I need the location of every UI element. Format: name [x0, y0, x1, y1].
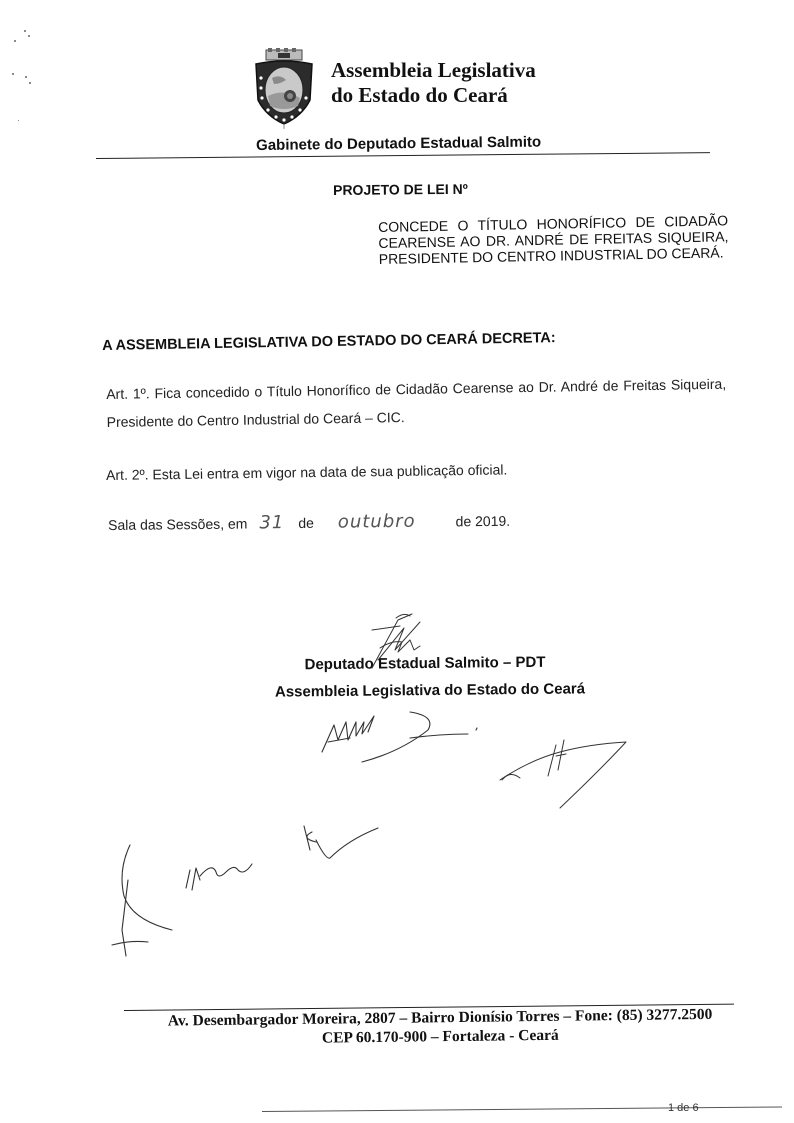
bill-title: PROJETO DE LEI Nº [333, 181, 468, 198]
signature-4 [112, 826, 378, 956]
session-date-line: Sala das Sessões, em31deoutubrode 2019. [108, 510, 510, 535]
scan-speck [18, 120, 19, 121]
institution-name-line2: do Estado do Ceará [331, 83, 536, 108]
signature-2 [322, 712, 477, 762]
scan-speck [29, 82, 31, 84]
header-divider [96, 152, 710, 159]
article-1: Art. 1º. Fica concedido o Título Honoríf… [106, 370, 727, 436]
signer-institution: Assembleia Legislativa do Estado do Cear… [260, 680, 600, 701]
session-prefix: Sala das Sessões, em [108, 516, 247, 533]
state-coat-of-arms-icon [252, 48, 316, 130]
cabinet-name: Gabinete do Deputado Estadual Salmito [256, 134, 541, 154]
signature-block: Deputado Estadual Salmito – PDT Assemble… [260, 655, 600, 699]
bill-summary: CONCEDE O TÍTULO HONORÍFICO DE CIDADÃO C… [378, 212, 729, 267]
institution-name-line1: Assembleia Legislativa [331, 58, 536, 83]
page-bottom-divider [262, 1106, 782, 1112]
article-2: Art. 2º. Esta Lei entra em vigor na data… [106, 461, 507, 483]
scan-speck [28, 35, 30, 37]
page-number: 1 de 6 [668, 1102, 699, 1114]
signature-3 [500, 740, 626, 808]
session-year: de 2019. [456, 513, 511, 530]
scan-speck [24, 30, 26, 32]
session-connector: de [298, 515, 314, 531]
scan-speck [14, 40, 16, 42]
handwritten-month: outubro [338, 511, 416, 533]
scan-speck [25, 76, 27, 78]
footer-address: Av. Desembargador Moreira, 2807 – Bairro… [130, 1004, 750, 1050]
handwritten-signatures [0, 0, 794, 1123]
signer-name: Deputado Estadual Salmito – PDT [250, 653, 600, 674]
decree-heading: A ASSEMBLEIA LEGISLATIVA DO ESTADO DO CE… [102, 330, 556, 354]
scan-speck [12, 73, 14, 75]
handwritten-day: 31 [259, 512, 284, 533]
institution-name: Assembleia Legislativa do Estado do Cear… [331, 58, 536, 108]
